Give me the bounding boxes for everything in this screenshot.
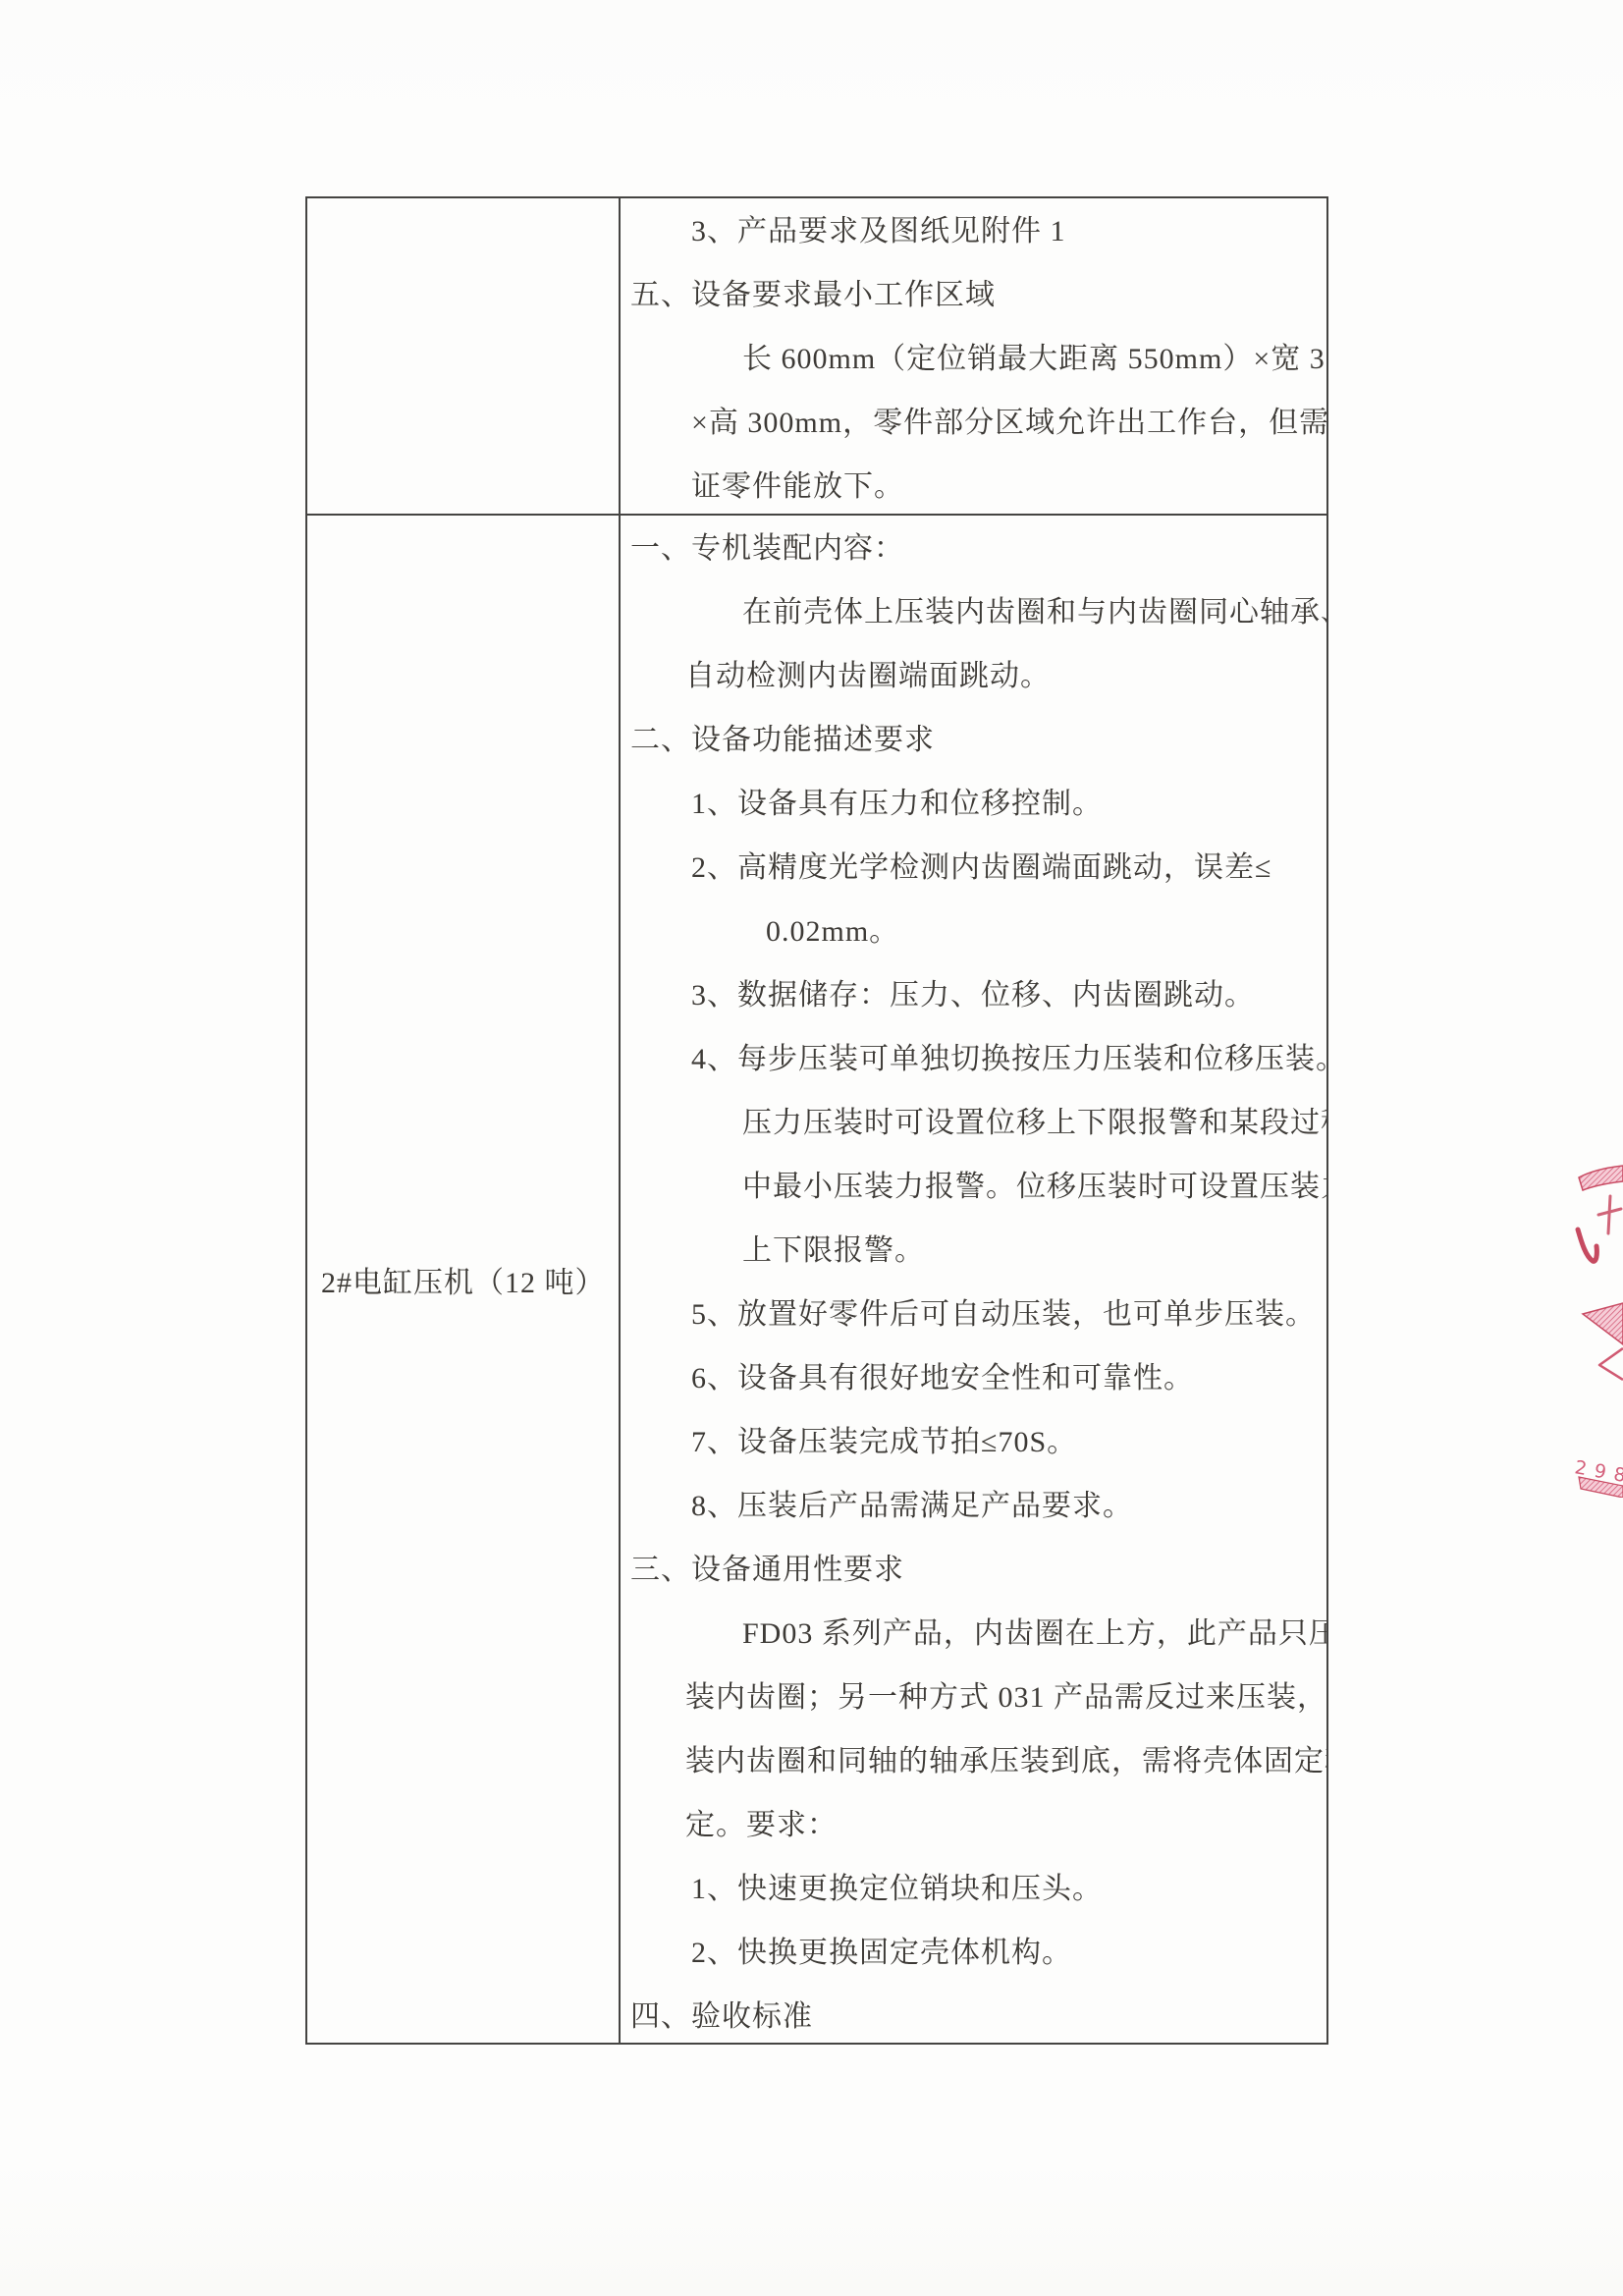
text-line: 四、验收标准 [621, 1985, 1326, 2043]
table-row2-content-cell: 一、专机装配内容： 在前壳体上压装内齿圈和与内齿圈同心轴承、 自动检测内齿圈端面… [621, 516, 1326, 2043]
text-line: 中最小压装力报警。位移压装时可设置压装力 [621, 1155, 1326, 1219]
stamp-check-stroke [1578, 1230, 1596, 1261]
stamp-star-point [1583, 1303, 1623, 1344]
text-line: 装内齿圈；另一种方式 031 产品需反过来压装，压 [621, 1666, 1326, 1729]
text-line: 1、设备具有压力和位移控制。 [621, 772, 1326, 836]
text-line: 证零件能放下。 [621, 455, 1326, 516]
text-line: 在前壳体上压装内齿圈和与内齿圈同心轴承、 [621, 580, 1326, 644]
stamp-hatched-stroke [1579, 1166, 1623, 1190]
text-line: 3、产品要求及图纸见附件 1 [621, 199, 1326, 263]
text-line: 8、压装后产品需满足产品要求。 [621, 1474, 1326, 1538]
text-line: 压力压装时可设置位移上下限报警和某段过程 [621, 1091, 1326, 1155]
text-line: 7、设备压装完成节拍≤70S。 [621, 1410, 1326, 1474]
text-line: 2、快换更换固定壳体机构。 [621, 1921, 1326, 1985]
equipment-spec-table: 3、产品要求及图纸见附件 1 五、设备要求最小工作区域 长 600mm（定位销最… [305, 196, 1328, 2045]
table-row1-content-cell: 3、产品要求及图纸见附件 1 五、设备要求最小工作区域 长 600mm（定位销最… [621, 198, 1326, 516]
text-line: 自动检测内齿圈端面跳动。 [621, 644, 1326, 708]
text-line: 4、每步压装可单独切换按压力压装和位移压装。 [621, 1027, 1326, 1091]
text-line: 6、设备具有很好地安全性和可靠性。 [621, 1346, 1326, 1410]
text-line: 5、放置好零件后可自动压装，也可单步压装。 [621, 1283, 1326, 1346]
text-line: 1、快速更换定位销块和压头。 [621, 1857, 1326, 1921]
text-line: 三、设备通用性要求 [621, 1538, 1326, 1602]
text-line: 长 600mm（定位销最大距离 550mm）×宽 320mm [621, 327, 1326, 391]
text-line: 五、设备要求最小工作区域 [621, 263, 1326, 327]
text-line: 装内齿圈和同轴的轴承压装到底，需将壳体固定稳 [621, 1729, 1326, 1793]
text-line: 2、高精度光学检测内齿圈端面跳动，误差≤ [621, 836, 1326, 900]
text-line: ×高 300mm，零件部分区域允许出工作台，但需保 [621, 391, 1326, 455]
text-line: 二、设备功能描述要求 [621, 708, 1326, 772]
table-row2-label-cell: 2#电缸压机（12 吨） [307, 516, 621, 2043]
scanned-document-page: 3、产品要求及图纸见附件 1 五、设备要求最小工作区域 长 600mm（定位销最… [0, 0, 1623, 2296]
table-row1-label-cell [307, 198, 621, 516]
stamp-cross-stroke [1598, 1196, 1621, 1233]
text-line: 0.02mm。 [621, 900, 1326, 963]
text-line: 3、数据储存：压力、位移、内齿圈跳动。 [621, 963, 1326, 1027]
text-line: FD03 系列产品，内齿圈在上方，此产品只压 [621, 1602, 1326, 1666]
stamp-wedge-stroke [1599, 1348, 1623, 1380]
text-line: 一、专机装配内容： [621, 517, 1326, 580]
red-stamp-fragments: 298 [1566, 1159, 1623, 1498]
equipment-name-label: 2#电缸压机（12 吨） [321, 1258, 606, 1301]
text-line: 定。要求： [621, 1793, 1326, 1857]
text-line: 上下限报警。 [621, 1219, 1326, 1283]
